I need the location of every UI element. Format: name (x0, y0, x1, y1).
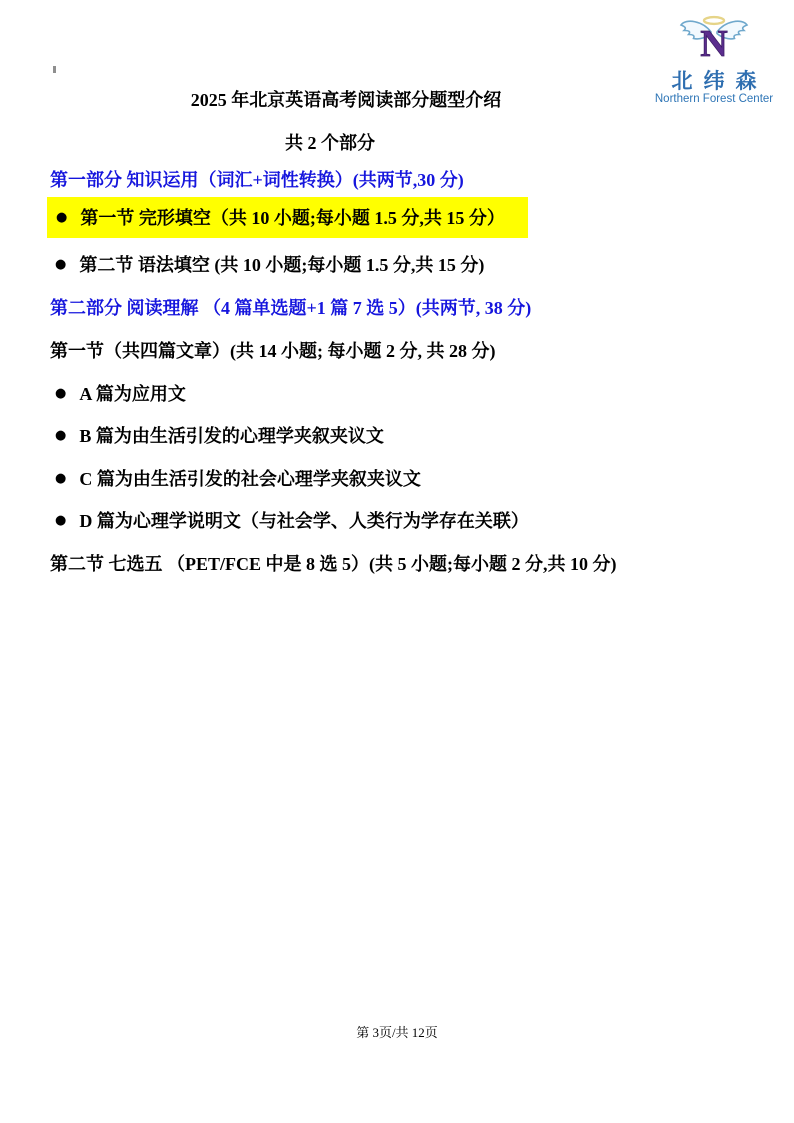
bullet-icon: ● (55, 424, 66, 448)
list-item-cloze-highlighted: ● 第一节 完形填空（共 10 小题;每小题 1.5 分,共 15 分） (47, 197, 528, 238)
bullet-icon: ● (55, 509, 66, 533)
list-item-text: B 篇为由生活引发的心理学夹叙夹议文 (79, 424, 384, 448)
page-number: 第 3页/共 12页 (0, 1022, 794, 1041)
list-item-text: C 篇为由生活引发的社会心理学夹叙夹议文 (79, 467, 421, 491)
list-item-text: A 篇为应用文 (79, 382, 186, 406)
bullet-icon: ● (55, 382, 66, 406)
winged-n-icon: N (676, 14, 752, 64)
section-heading-part2: 第二部分 阅读理解 （4 篇单选题+1 篇 7 选 5）(共两节, 38 分) (50, 296, 531, 320)
list-item-text: 第二节 语法填空 (共 10 小题;每小题 1.5 分,共 15 分) (79, 253, 484, 277)
subsection-heading-reading2: 第二节 七选五 （PET/FCE 中是 8 选 5）(共 5 小题;每小题 2 … (50, 552, 617, 576)
logo-letter: N (700, 23, 727, 64)
list-item-grammar: ● 第二节 语法填空 (共 10 小题;每小题 1.5 分,共 15 分) (55, 253, 484, 277)
page-subtitle: 共 2 个部分 (0, 129, 660, 155)
list-item-passage-d: ● D 篇为心理学说明文（与社会学、人类行为学存在关联） (55, 509, 529, 533)
list-item-text: D 篇为心理学说明文（与社会学、人类行为学存在关联） (79, 509, 529, 533)
section-heading-part1: 第一部分 知识运用（词汇+词性转换）(共两节,30 分) (50, 168, 464, 192)
list-item-text: 第一节 完形填空（共 10 小题;每小题 1.5 分,共 15 分） (80, 206, 505, 230)
bullet-icon: ● (56, 206, 67, 230)
stray-ink-mark (53, 66, 56, 73)
subsection-heading-reading1: 第一节（共四篇文章）(共 14 小题; 每小题 2 分, 共 28 分) (50, 339, 495, 363)
bullet-icon: ● (55, 253, 66, 277)
page-title: 2025 年北京英语高考阅读部分题型介绍 (0, 86, 692, 112)
bullet-icon: ● (55, 467, 66, 491)
list-item-passage-a: ● A 篇为应用文 (55, 382, 186, 406)
list-item-passage-b: ● B 篇为由生活引发的心理学夹叙夹议文 (55, 424, 384, 448)
document-page: N 北纬森 Northern Forest Center 2025 年北京英语高… (0, 0, 794, 1123)
list-item-passage-c: ● C 篇为由生活引发的社会心理学夹叙夹议文 (55, 467, 421, 491)
